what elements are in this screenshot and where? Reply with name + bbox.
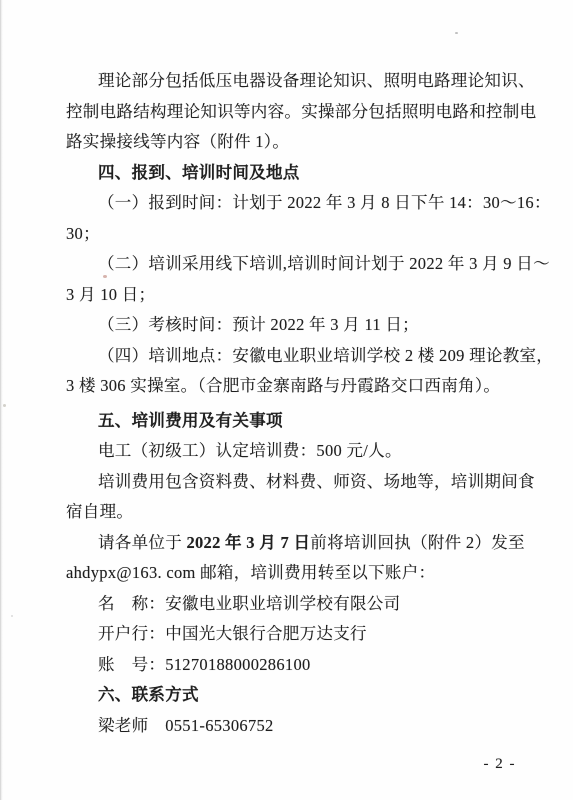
section-5-include-line-2: 宿自理。 [66,497,516,528]
document-body: 理论部分包括低压电器设备理论知识、照明电路理论知识、 控制电路结构理论知识等内容… [66,66,516,780]
section-4-item-1-line-1: （一）报到时间：计划于 2022 年 3 月 8 日下午 14：30～16： [66,188,516,219]
section-5-fee-line: 电工（初级工）认定培训费：500 元/人。 [66,436,516,467]
account-number-line: 账 号：51270188000286100 [66,650,516,681]
section-4-item-2-line-1: （二）培训采用线下培训,培训时间计划于 2022 年 3 月 9 日～ [66,249,516,280]
scan-speck [455,32,458,34]
section-5-remit-line-2: ahdypx@163. com 邮箱，培训费用转至以下账户： [66,558,516,589]
section-4-item-3: （三）考核时间：预计 2022 年 3 月 11 日； [66,310,516,341]
section-4-heading: 四、报到、培训时间及地点 [66,158,516,189]
account-name-line: 名 称：安徽电业职业培训学校有限公司 [66,589,516,620]
scan-speck [3,404,6,407]
section-4-item-2-line-2: 3 月 10 日； [66,280,516,311]
intro-line-2: 控制电路结构理论知识等内容。实操部分包括照明电路和控制电 [66,97,516,128]
scan-left-edge-shadow [0,0,3,800]
section-4-item-4-line-1: （四）培训地点：安徽电业职业培训学校 2 楼 209 理论教室， [66,341,516,372]
section-6-heading: 六、联系方式 [66,680,516,711]
intro-line-1: 理论部分包括低压电器设备理论知识、照明电路理论知识、 [66,66,516,97]
section-4-item-4-line-2: 3 楼 306 实操室。（合肥市金寨南路与丹霞路交口西南角）。 [66,371,516,402]
section-5-include-line-1: 培训费用包含资料费、材料费、师资、场地等，培训期间食 [66,467,516,498]
section-5-heading: 五、培训费用及有关事项 [66,406,516,437]
remit-suffix: 前将培训回执（附件 2）发至 [310,533,525,552]
page-number: - 2 - [66,749,516,780]
account-bank-line: 开户行：中国光大银行合肥万达支行 [66,619,516,650]
scanned-document-page: { "colors": { "paper": "#fefefe", "ink":… [0,0,573,800]
section-5-remit-line-1: 请各单位于 2022 年 3 月 7 日前将培训回执（附件 2）发至 [66,528,516,559]
intro-line-3: 路实操接线等内容（附件 1）。 [66,127,516,158]
scan-speck [11,615,13,617]
section-6-contact-line: 梁老师 0551-65306752 [66,711,516,742]
remit-deadline: 2022 年 3 月 7 日 [186,533,310,552]
remit-prefix: 请各单位于 [98,533,186,552]
section-4-item-1-line-2: 30； [66,219,516,250]
